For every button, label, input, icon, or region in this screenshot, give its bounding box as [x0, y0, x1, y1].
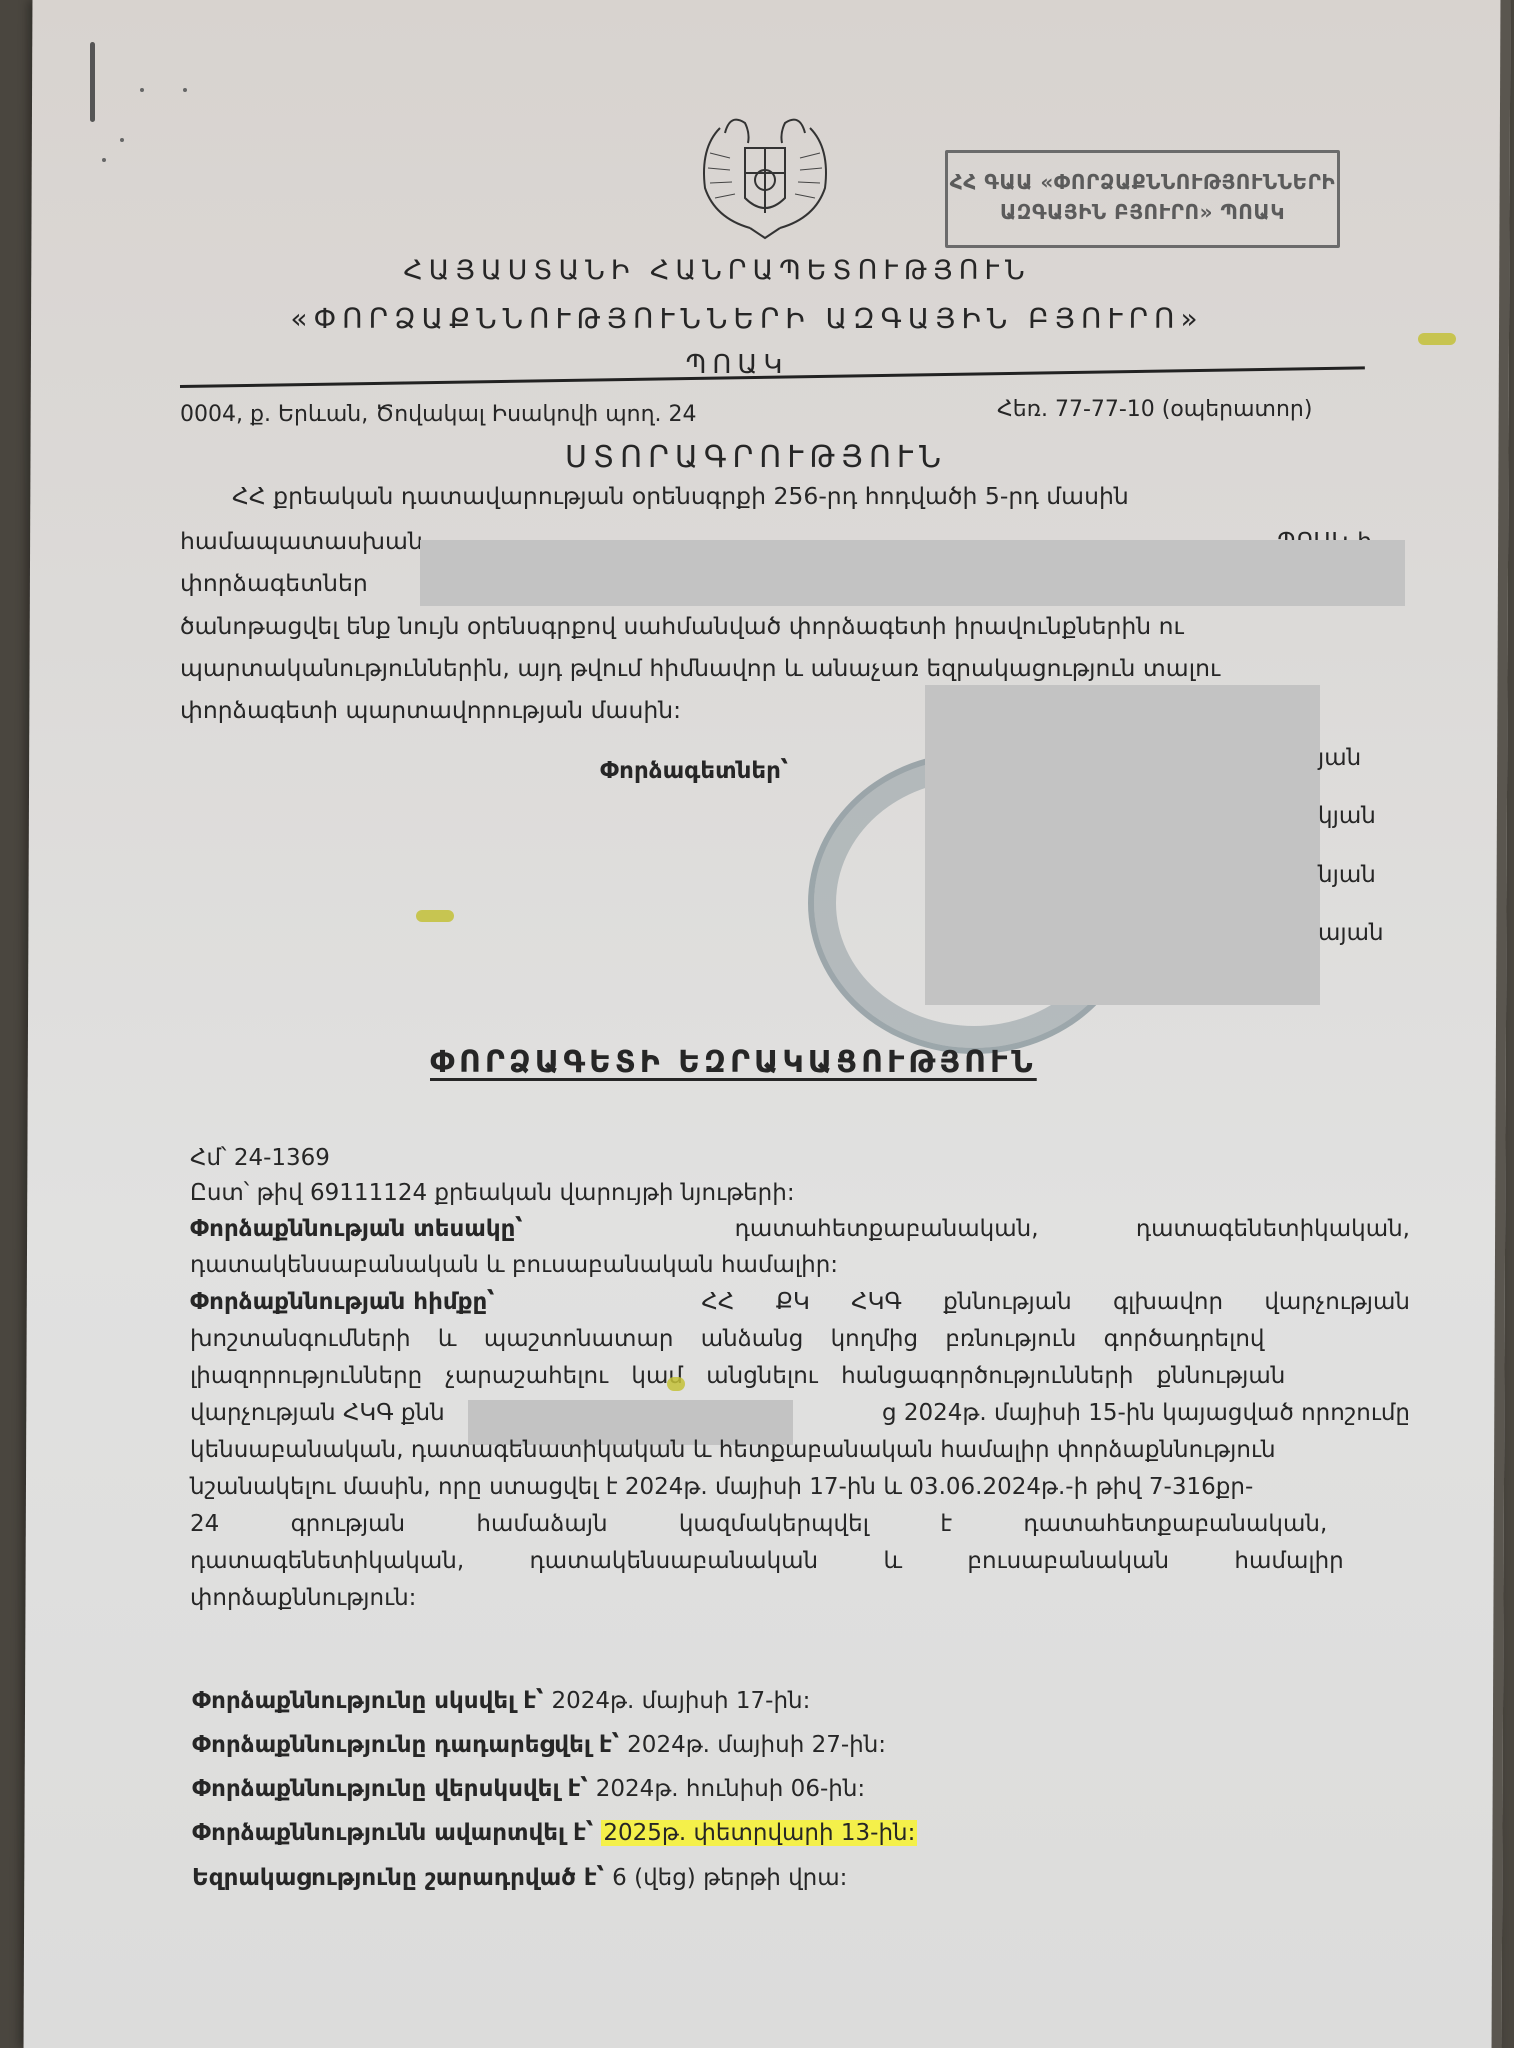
- basis-line: կենսաբանական, դատագենատիկական և հետքաբան…: [190, 1433, 1410, 1467]
- conclusion-title: ՓՈՐՁԱԳԵՏԻ ԵԶՐԱԿԱՑՈՒԹՅՈՒՆ: [430, 1045, 1037, 1080]
- conclusion-number: Հմ՝ 24-1369: [190, 1145, 330, 1171]
- basis-line: նշանակելու մասին, որը ստացվել է 2024թ. մ…: [190, 1470, 1410, 1504]
- stamp-line-2: ԱԶԳԱՅԻՆ ԲՅՈՒՐՈ» ՊՈԱԿ: [948, 197, 1337, 227]
- basis-line: վարչության ՀԿԳ քնն ց 2024թ. մայիսի 15-ին…: [190, 1396, 1410, 1430]
- timeline-label: Փորձաքննությունը դադարեցվել է՝: [192, 1732, 627, 1758]
- timeline-label: Փորձաքննությունը սկսվել է՝: [192, 1688, 551, 1714]
- pen-mark: [90, 42, 95, 122]
- timeline-label: Փորձաքննությունն ավարտվել է՝: [192, 1820, 601, 1846]
- certification-line-5: պարտականություններին, այդ թվում հիմնավոր…: [180, 652, 1372, 685]
- speck: [140, 88, 144, 92]
- timeline-value: 2024թ. մայիսի 27-ին:: [627, 1732, 886, 1758]
- examination-basis: Փորձաքննության հիմքը՝ ՀՀ ՔԿ ՀԿԳ քննությա…: [190, 1285, 1410, 1319]
- phone: Հեռ. 77-77-10 (օպերատոր): [997, 397, 1312, 422]
- certification-line-4: ծանոթացվել ենք նույն օրենսգրքով սահմանվա…: [180, 610, 1372, 643]
- country-name: ՀԱՅԱՍՏԱՆԻ ՀԱՆՐԱՊԵՏՈՒԹՅՈՒՆ: [0, 255, 1474, 286]
- highlighter-smudge: [667, 1377, 685, 1391]
- timeline-label: Փորձաքննությունը վերսկսվել է՝: [192, 1776, 596, 1802]
- highlighter-smudge: [416, 910, 454, 922]
- coat-of-arms-icon: [690, 108, 840, 243]
- basis-line: խոշտանգումների և պաշտոնատար անձանց կողմի…: [190, 1322, 1410, 1356]
- timeline-label: Եզրակացությունը շարադրված է՝: [192, 1865, 612, 1891]
- speck: [183, 88, 187, 92]
- expert-name-tail: յան: [1318, 745, 1361, 771]
- timeline-row: Փորձաքննությունը վերսկսվել է՝ 2024թ. հու…: [192, 1776, 865, 1802]
- expert-name-tail: կյան: [1318, 803, 1376, 829]
- timeline-value: 2024թ. մայիսի 17-ին:: [551, 1688, 810, 1714]
- speck: [102, 158, 106, 162]
- basis-line: 24 գրության համաձայն կազմակերպվել է դատա…: [190, 1507, 1410, 1541]
- organization-stamp: ՀՀ ԳԱԱ «ՓՈՐՁԱՔՆՆՈՒԹՅՈՒՆՆԵՐԻ ԱԶԳԱՅԻՆ ԲՅՈՒ…: [945, 150, 1340, 248]
- highlighter-smudge: [1418, 333, 1456, 345]
- examination-type-cont: դատակենսաբանական և բուսաբանական համալիր:: [190, 1248, 1410, 1282]
- timeline-row: Եզրակացությունը շարադրված է՝ 6 (վեց) թեր…: [192, 1865, 847, 1891]
- examination-type: Փորձաքննության տեսակը՝ դատահետքաբանական,…: [190, 1212, 1410, 1246]
- expert-name-tail: այան: [1318, 920, 1384, 946]
- speck: [120, 138, 124, 142]
- stamp-line-1: ՀՀ ԳԱԱ «ՓՈՐՁԱՔՆՆՈՒԹՅՈՒՆՆԵՐԻ: [948, 167, 1337, 197]
- certification-line-1: ՀՀ քրեական դատավարության օրենսգրքի 256-ր…: [180, 480, 1372, 513]
- basis-line: փորձաքննություն:: [190, 1581, 1410, 1615]
- expert-name-tail: նյան: [1318, 862, 1376, 888]
- timeline-row: Փորձաքննությունը դադարեցվել է՝ 2024թ. մա…: [192, 1732, 886, 1758]
- basis-line: լիազորությունները չարաշահելու կամ անցնել…: [190, 1359, 1410, 1393]
- timeline-value: 2024թ. հունիսի 06-ին:: [596, 1776, 865, 1802]
- timeline-value: 6 (վեց) թերթի վրա:: [612, 1865, 847, 1891]
- case-reference: Ըստ՝ թիվ 69111124 քրեական վարույթի նյութ…: [190, 1180, 795, 1206]
- redaction-box: [420, 540, 1405, 606]
- timeline-value: 2025թ. փետրվարի 13-ին:: [601, 1820, 917, 1846]
- basis-line: դատագենետիկական, դատակենսաբանական և բուս…: [190, 1544, 1410, 1578]
- address: 0004, ք. Երևան, Ծովակալ Իսակովի պող. 24: [180, 402, 697, 427]
- organization-name: «ՓՈՐՁԱՔՆՆՈՒԹՅՈՒՆՆԵՐԻ ԱԶԳԱՅԻՆ ԲՅՈՒՐՈ»: [0, 302, 1504, 335]
- certification-title: ՍՏՈՐԱԳՐՈՒԹՅՈՒՆ: [565, 440, 947, 475]
- experts-label: Փորձագետներ՝: [600, 758, 788, 784]
- redaction-box: [925, 685, 1320, 1005]
- timeline-row: Փորձաքննությունն ավարտվել է՝ 2025թ. փետր…: [192, 1820, 917, 1846]
- timeline-row: Փորձաքննությունը սկսվել է՝ 2024թ. մայիսի…: [192, 1688, 810, 1714]
